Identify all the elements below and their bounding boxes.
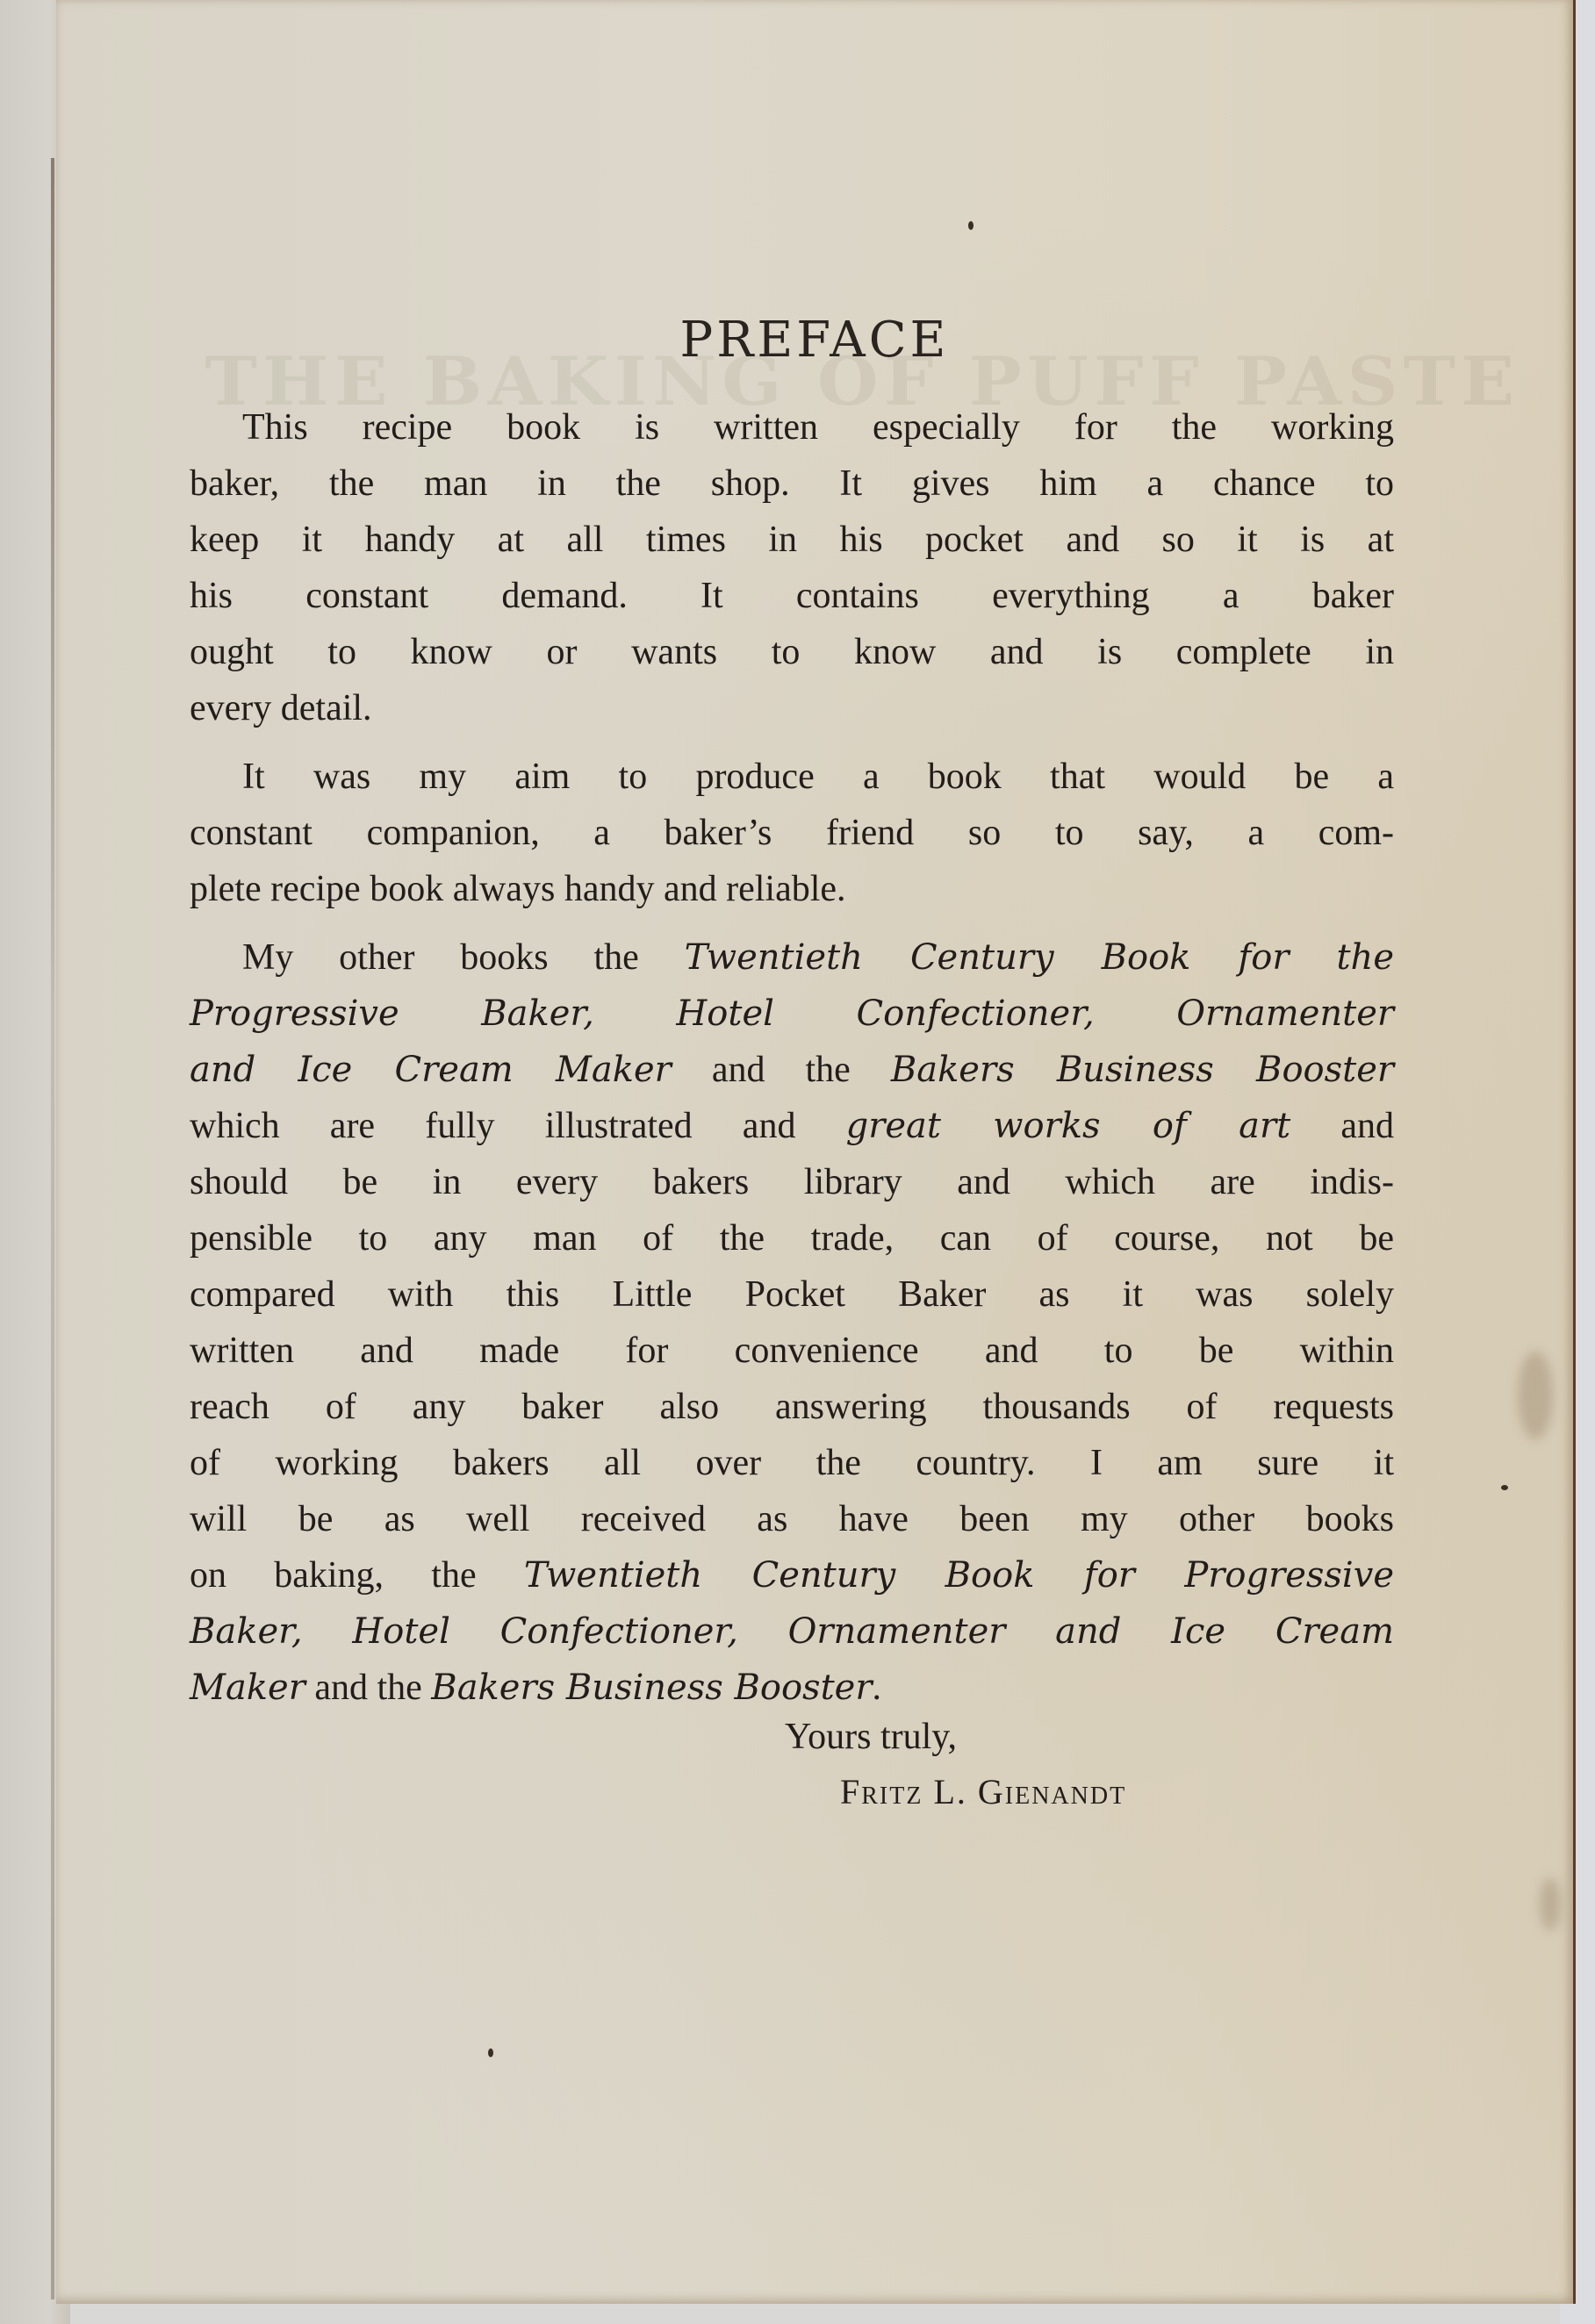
italic-title-text: Twentieth Century Book for the — [685, 937, 1394, 978]
text-run: plete recipe book always handy and relia… — [190, 869, 846, 909]
closing-salutation: Yours truly, — [785, 1716, 957, 1758]
text-run: and the — [305, 1668, 431, 1708]
text-run: . — [872, 1668, 881, 1708]
paper-speck — [488, 2048, 493, 2057]
text-line: reach of any baker also answering thousa… — [190, 1379, 1394, 1435]
text-line: of working bakers all over the country. … — [190, 1435, 1394, 1491]
text-run: It was my aim to produce a book that wou… — [242, 757, 1394, 797]
text-run: of working bakers all over the country. … — [190, 1443, 1394, 1483]
page-title: PREFACE — [56, 312, 1573, 369]
text-run: My other books the — [242, 937, 685, 978]
text-run: pensible to any man of the trade, can of… — [190, 1218, 1394, 1259]
text-line: This recipe book is written especially f… — [190, 399, 1394, 455]
paragraph-1: This recipe book is written especially f… — [190, 399, 1394, 736]
text-run: which are fully illustrated and — [190, 1106, 846, 1146]
book-page: THE BAKING OF PUFF PASTE PREFACE This re… — [56, 0, 1576, 2304]
text-run: reach of any baker also answering thousa… — [190, 1387, 1394, 1427]
paragraph-2: It was my aim to produce a book that wou… — [190, 749, 1394, 917]
text-line: should be in every bakers library and wh… — [190, 1154, 1394, 1210]
text-line: his constant demand. It contains everyth… — [190, 568, 1394, 624]
text-run: This recipe book is written especially f… — [242, 407, 1394, 448]
paper-stain — [1518, 1352, 1553, 1439]
paragraph-3: My other books the Twentieth Century Boo… — [190, 929, 1394, 1716]
text-run: should be in every bakers library and wh… — [190, 1162, 1394, 1202]
text-run: written and made for convenience and to … — [190, 1331, 1394, 1371]
text-line: on baking, the Twentieth Century Book fo… — [190, 1547, 1394, 1603]
text-run: on baking, the — [190, 1555, 524, 1596]
text-run: his constant demand. It contains everyth… — [190, 576, 1394, 616]
text-run: every detail. — [190, 688, 372, 728]
text-run: and — [1290, 1106, 1394, 1146]
text-line: compared with this Little Pocket Baker a… — [190, 1266, 1394, 1323]
text-run: and the — [672, 1050, 891, 1090]
text-line: and Ice Cream Maker and the Bakers Busin… — [190, 1042, 1394, 1098]
text-line: ought to know or wants to know and is co… — [190, 624, 1394, 680]
text-line: My other books the Twentieth Century Boo… — [190, 929, 1394, 986]
text-line: will be as well received as have been my… — [190, 1491, 1394, 1547]
text-line: Maker and the Bakers Business Booster. — [190, 1660, 1394, 1716]
author-signature: Fritz L. Gienandt — [840, 1771, 1126, 1812]
italic-title-text: Twentieth Century Book for Progressive — [524, 1555, 1394, 1596]
text-line: constant companion, a baker’s friend so … — [190, 805, 1394, 861]
text-run: constant companion, a baker’s friend so … — [190, 813, 1394, 853]
text-line: every detail. — [190, 680, 1394, 736]
italic-title-text: Baker, Hotel Confectioner, Ornamenter an… — [190, 1611, 1394, 1652]
text-line: It was my aim to produce a book that wou… — [190, 749, 1394, 805]
italic-title-text: Maker — [190, 1668, 305, 1708]
text-line: Progressive Baker, Hotel Confectioner, O… — [190, 986, 1394, 1042]
preface-body: This recipe book is written especially f… — [190, 399, 1394, 1728]
italic-title-text: and Ice Cream Maker — [190, 1050, 672, 1090]
paper-speck — [1501, 1485, 1508, 1490]
text-line: plete recipe book always handy and relia… — [190, 861, 1394, 917]
italic-title-text: Bakers Business Booster — [431, 1668, 872, 1708]
text-run: compared with this Little Pocket Baker a… — [190, 1274, 1394, 1315]
text-line: keep it handy at all times in his pocket… — [190, 512, 1394, 568]
text-line: baker, the man in the shop. It gives him… — [190, 455, 1394, 512]
italic-title-text: Progressive Baker, Hotel Confectioner, O… — [190, 993, 1394, 1034]
binding-edge — [51, 158, 54, 2299]
paper-speck — [968, 221, 974, 230]
text-run: will be as well received as have been my… — [190, 1499, 1394, 1539]
text-run: keep it handy at all times in his pocket… — [190, 520, 1394, 560]
paper-stain — [1540, 1878, 1561, 1931]
text-line: pensible to any man of the trade, can of… — [190, 1210, 1394, 1266]
text-run: ought to know or wants to know and is co… — [190, 632, 1394, 672]
text-line: Baker, Hotel Confectioner, Ornamenter an… — [190, 1603, 1394, 1660]
italic-title-text: Bakers Business Booster — [891, 1050, 1394, 1090]
text-run: baker, the man in the shop. It gives him… — [190, 463, 1394, 504]
italic-title-text: great works of art — [846, 1106, 1291, 1146]
text-line: which are fully illustrated and great wo… — [190, 1098, 1394, 1154]
text-line: written and made for convenience and to … — [190, 1323, 1394, 1379]
